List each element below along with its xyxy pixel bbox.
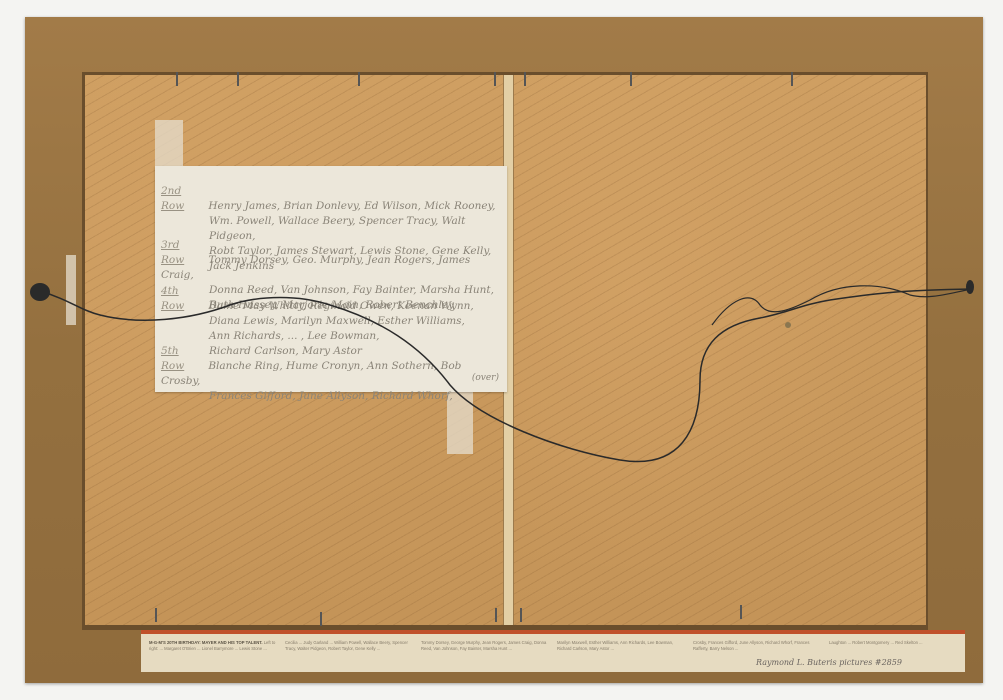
label-title: M-G-M'S 20TH BIRTHDAY: MAYER AND HIS TOP… bbox=[149, 640, 263, 645]
right-hanger-screw bbox=[966, 280, 974, 294]
signature-inscription: Raymond L. Buteris pictures #2859 bbox=[756, 658, 902, 667]
left-hanger-screw bbox=[30, 283, 50, 301]
label-column: Tommy Dorsey, George Murphy, Jean Rogers… bbox=[421, 640, 549, 666]
label-column: M-G-M'S 20TH BIRTHDAY: MAYER AND HIS TOP… bbox=[149, 640, 277, 666]
hanging-wire bbox=[0, 0, 1003, 700]
label-column: Cecilia ... Judy Garland ... William Pow… bbox=[285, 640, 413, 666]
label-column: Marilyn Maxwell, Esther Williams, Ann Ri… bbox=[557, 640, 685, 666]
